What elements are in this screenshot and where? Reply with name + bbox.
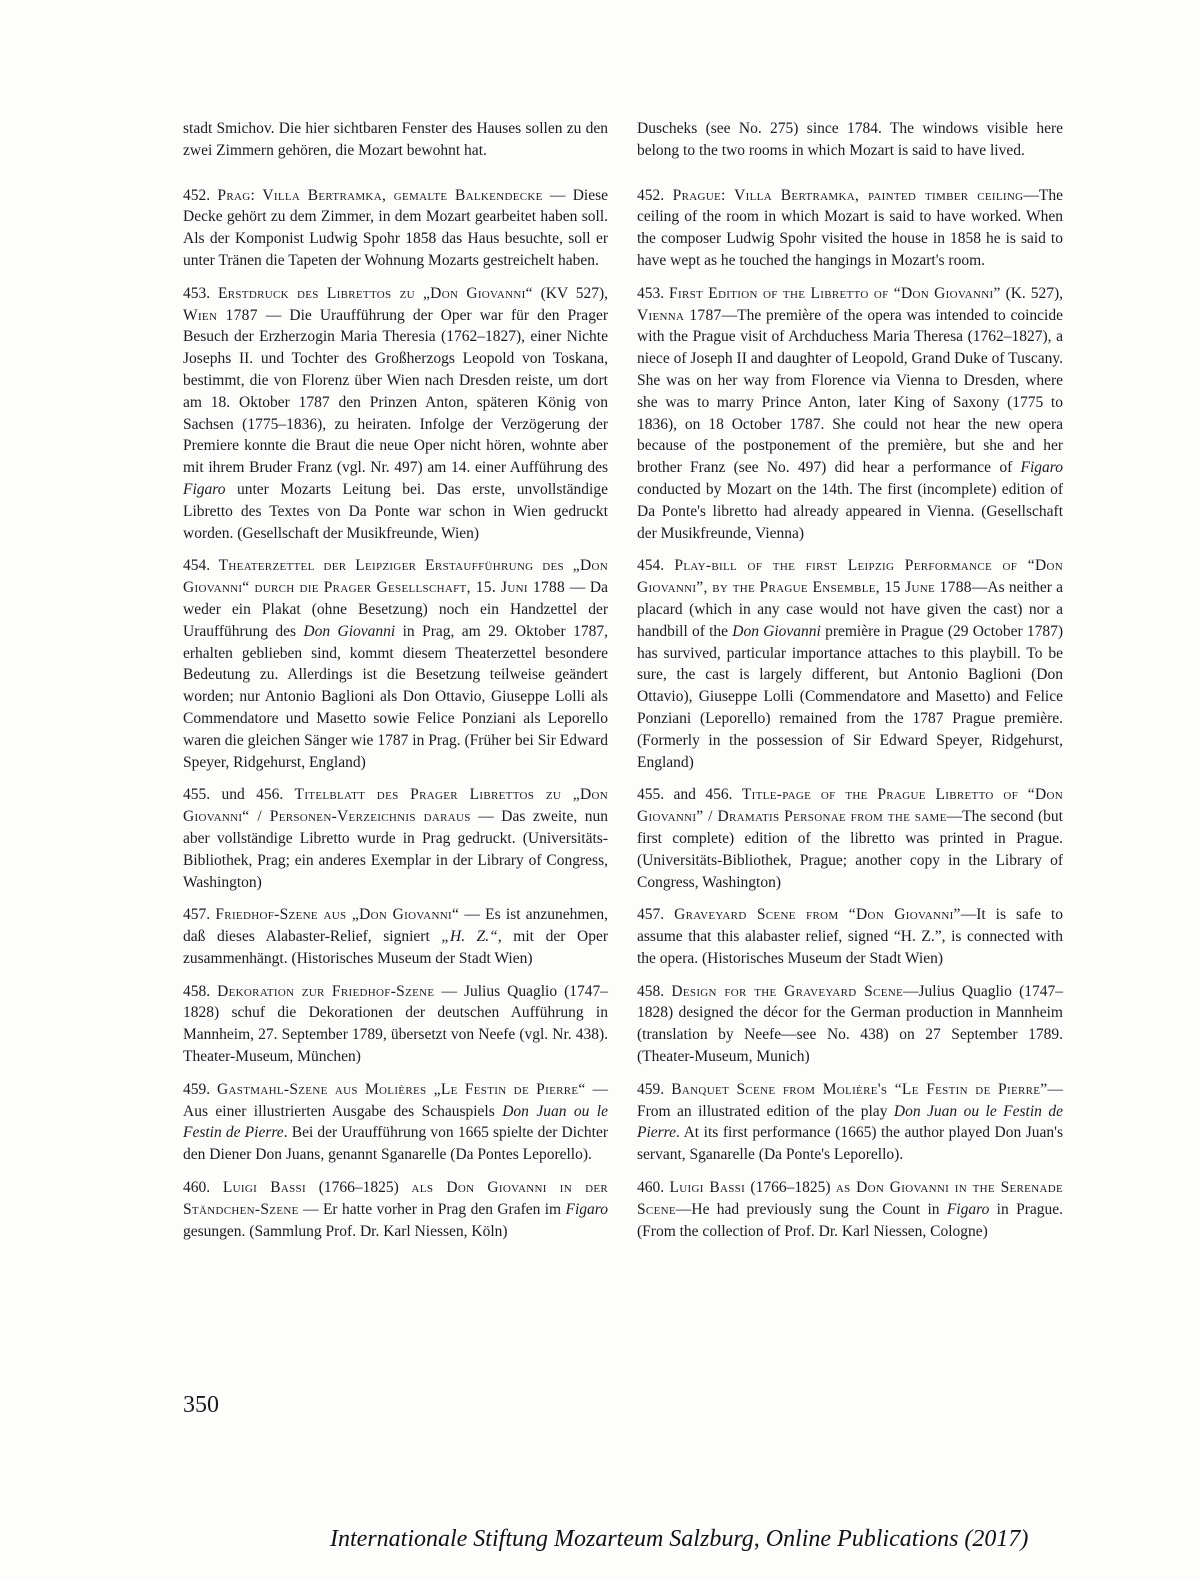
- text-run: Theaterzettel der Leipziger Erstaufführu…: [183, 557, 608, 596]
- text-run: Prag: Villa Bertramka, gemalte Balkendec…: [217, 187, 542, 204]
- text-run: Figaro: [947, 1201, 989, 1218]
- text-run: 454.: [183, 557, 219, 574]
- entry-457-english: 457. Graveyard Scene from “Don Giovanni”…: [637, 904, 1063, 969]
- scanned-book-page: { "page": { "number": "350", "footer": "…: [0, 0, 1200, 1581]
- text-run: stadt Smichov. Die hier sichtbaren Fenst…: [183, 120, 608, 159]
- text-run: Don Giovanni: [732, 623, 821, 640]
- text-run: in Prag, am 29. Oktober 1787, erhalten g…: [183, 623, 608, 771]
- text-run: 459.: [637, 1081, 671, 1098]
- text-run: „H. Z.“: [441, 928, 497, 945]
- text-run: unter Mozarts Leitung bei. Das erste, un…: [183, 481, 608, 542]
- text-run: 455. and 456.: [637, 786, 742, 803]
- text-run: Graveyard Scene from “Don Giovanni”: [674, 906, 961, 923]
- text-run: Dekoration zur Friedhof-Szene: [217, 983, 434, 1000]
- footer-attribution: Internationale Stiftung Mozarteum Salzbu…: [330, 1526, 1028, 1553]
- entry-459-english: 459. Banquet Scene from Molière's “Le Fe…: [637, 1079, 1063, 1166]
- entry-intro-continuation-german: stadt Smichov. Die hier sichtbaren Fenst…: [183, 118, 608, 162]
- text-run: Gastmahl-Szene aus Molières „Le Festin d…: [217, 1081, 586, 1098]
- entry-460-german: 460. Luigi Bassi (1766–1825) als Don Gio…: [183, 1177, 608, 1242]
- text-run: Figaro: [183, 481, 225, 498]
- text-run: conducted by Mozart on the 14th. The fir…: [637, 481, 1063, 542]
- text-run: 453.: [637, 285, 669, 302]
- text-run: 460.: [637, 1179, 669, 1196]
- entry-453-german: 453. Erstdruck des Librettos zu „Don Gio…: [183, 283, 608, 545]
- text-run: 452.: [183, 187, 217, 204]
- text-run: . At its first performance (1665) the au…: [637, 1124, 1063, 1163]
- text-run: (1766–1825): [306, 1179, 412, 1196]
- text-run: Don Giovanni: [303, 623, 395, 640]
- text-run: 455. und 456.: [183, 786, 295, 803]
- text-run: première in Prague (29 October 1787) has…: [637, 623, 1063, 771]
- text-run: 457.: [183, 906, 215, 923]
- entry-457-german: 457. Friedhof-Szene aus „Don Giovanni“ —…: [183, 904, 608, 969]
- text-run: First Edition of the Libretto of “Don Gi…: [669, 285, 1001, 302]
- entry-454-english: 454. Play-bill of the first Leipzig Perf…: [637, 555, 1063, 773]
- text-run: Duscheks (see No. 275) since 1784. The w…: [637, 120, 1063, 159]
- entry-460-english: 460. Luigi Bassi (1766–1825) as Don Giov…: [637, 1177, 1063, 1242]
- text-run: —He had previously sung the Count in: [676, 1201, 947, 1218]
- text-run: Luigi Bassi: [669, 1179, 745, 1196]
- entry-453-english: 453. First Edition of the Libretto of “D…: [637, 283, 1063, 545]
- entry-452-english: 452. Prague: Villa Bertramka, painted ti…: [637, 173, 1063, 272]
- text-run: (KV 527),: [533, 285, 608, 302]
- text-run: Figaro: [566, 1201, 608, 1218]
- text-run: Design for the Graveyard Scene: [671, 983, 903, 1000]
- text-run: Vienna 1787: [637, 307, 722, 324]
- entry-455-456-german: 455. und 456. Titelblatt des Prager Libr…: [183, 784, 608, 893]
- text-run: Friedhof-Szene aus „Don Giovanni“: [215, 906, 459, 923]
- text-run: 458.: [637, 983, 671, 1000]
- two-column-text: stadt Smichov. Die hier sichtbaren Fenst…: [183, 118, 1063, 1242]
- text-run: Banquet Scene from Molière's “Le Festin …: [671, 1081, 1047, 1098]
- text-run: — Er hatte vorher in Prag den Grafen im: [299, 1201, 566, 1218]
- text-run: 457.: [637, 906, 674, 923]
- text-run: Prague: Villa Bertramka, painted timber …: [673, 187, 1024, 204]
- text-run: —The première of the opera was intended …: [637, 307, 1063, 477]
- text-run: Luigi Bassi: [223, 1179, 306, 1196]
- text-run: 452.: [637, 187, 673, 204]
- text-run: gesungen. (Sammlung Prof. Dr. Karl Niess…: [183, 1223, 508, 1240]
- entry-459-german: 459. Gastmahl-Szene aus Molières „Le Fes…: [183, 1079, 608, 1166]
- entry-452-german: 452. Prag: Villa Bertramka, gemalte Balk…: [183, 173, 608, 272]
- entry-intro-continuation-english: Duscheks (see No. 275) since 1784. The w…: [637, 118, 1063, 162]
- entry-454-german: 454. Theaterzettel der Leipziger Erstauf…: [183, 555, 608, 773]
- entry-455-456-english: 455. and 456. Title-page of the Prague L…: [637, 784, 1063, 893]
- text-run: (K. 527),: [1001, 285, 1063, 302]
- page-number: 350: [183, 1392, 219, 1419]
- text-run: 460.: [183, 1179, 223, 1196]
- text-run: — Die Uraufführung der Oper war für den …: [183, 307, 608, 477]
- text-run: 454.: [637, 557, 674, 574]
- text-run: 453.: [183, 285, 218, 302]
- text-run: 458.: [183, 983, 217, 1000]
- entry-458-german: 458. Dekoration zur Friedhof-Szene — Jul…: [183, 981, 608, 1068]
- text-run: Figaro: [1021, 459, 1063, 476]
- text-run: Erstdruck des Librettos zu „Don Giovanni…: [218, 285, 533, 302]
- text-run: Wien 1787: [183, 307, 258, 324]
- text-run: (1766–1825): [745, 1179, 836, 1196]
- text-run: 459.: [183, 1081, 217, 1098]
- entry-458-english: 458. Design for the Graveyard Scene—Juli…: [637, 981, 1063, 1068]
